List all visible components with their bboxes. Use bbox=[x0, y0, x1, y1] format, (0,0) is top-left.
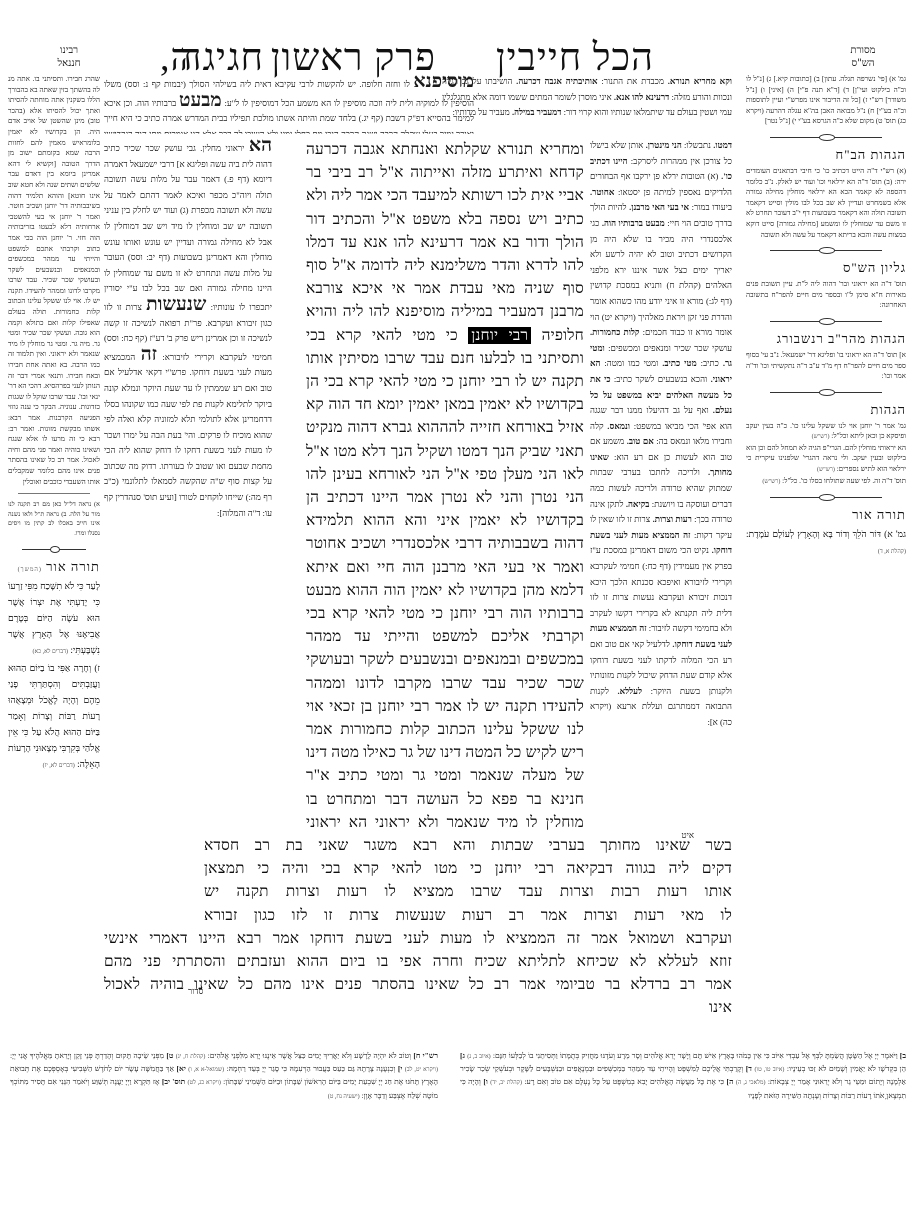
gilyon-hashas-text: תוס' ד"ה הא יראוני ובר' דהוה ליה ל"ת. עי… bbox=[746, 279, 906, 311]
source-ref: (קהלת יב, יד) bbox=[490, 1080, 522, 1086]
footnote-mark: ב] bbox=[900, 1051, 906, 1060]
source-ref: (קהלת א, ד) bbox=[878, 549, 906, 555]
tosafot-dibbur-hamatchil: מוסיפנא bbox=[413, 74, 474, 92]
rashi-dibbur-hamatchil: דרעינא להו אנא. bbox=[614, 92, 669, 102]
tosafot-dibbur-hamatchil: שנעשות bbox=[146, 294, 206, 315]
rashi-text: והכא בנשבעים לשקר כתיב: bbox=[614, 374, 707, 384]
rashi-dibbur-hamatchil: אותיבתיה אגבה דכרעה. bbox=[516, 76, 597, 86]
highlighted-search-match[interactable]: רבי יוחנן bbox=[468, 327, 531, 344]
gilyon-hashas-title: גליון הש"ס bbox=[746, 260, 906, 276]
hagahot-item: גמ' אמר ר' יוחנן אוי לנו ששקל עלינו כו'.… bbox=[746, 421, 906, 443]
rashi-dibbur-hamatchil: אם טוב. bbox=[627, 436, 654, 446]
source-ref: (איוב טו, טו) bbox=[755, 1067, 785, 1073]
footnote-item: ב] וַיֹּאמֶר יְיָ אֶל הַשָּׂטָן הֲשַׂמְת… bbox=[467, 1051, 906, 1060]
ornament-divider bbox=[770, 388, 882, 396]
gemara-wide-bottom: בשר שאינו מחותך בערבי שבתות והא רבא משגר… bbox=[204, 834, 732, 1044]
rashi-text: כתיב: bbox=[701, 358, 719, 368]
rashi-text: ביעודו במור: bbox=[692, 202, 732, 212]
rashi-text: מכבדת את התנור: bbox=[601, 76, 664, 86]
source-ref: (דברים לא, יז) bbox=[43, 763, 75, 769]
footnote-item: י] וְכִנְעָנָה צָרָתָהּ גַּם כַּעַס בַּע… bbox=[188, 1064, 402, 1073]
rashi-dibbur-hamatchil: קלות כחמורות. bbox=[590, 327, 640, 337]
ornament-divider bbox=[22, 545, 86, 553]
tractate-title: חגיגה bbox=[250, 40, 334, 76]
tosafot-dibbur-hamatchil: מבעט bbox=[179, 90, 222, 111]
masoret-hashas-text: גמ' א) [פי' נשרפה תגלה. עתון] ב) [כתובות… bbox=[746, 74, 906, 127]
chananel-notes: א) נראה דל"ל כאן מם רב תקנה לנו מור על ה… bbox=[8, 500, 100, 538]
left-margin: שהרג חבירו. ותסיתני בו. אתה מנ לה בהשתך … bbox=[8, 74, 100, 1054]
rashi-dibbur-hamatchil: מטי כתיב. bbox=[662, 358, 696, 368]
rashi-dibbur-hamatchil: בקיאה. bbox=[626, 499, 650, 509]
continued-label: (המשך) bbox=[18, 567, 42, 573]
footnote-text: הֵן בִּקְדֹשָׁו לֹא יַאֲמִין וְשָׁמַיִם … bbox=[787, 1064, 906, 1073]
rabbeinu-chananel-label: רבינו חננאל bbox=[46, 44, 92, 70]
rashi-dibbur-hamatchil: דמעביר במילה. bbox=[512, 107, 561, 117]
ornament-divider bbox=[770, 317, 882, 325]
rashi-dibbur-hamatchil: אחוטר. bbox=[590, 187, 614, 197]
footnote-item: ח] וְטוֹב לֹא יִהְיֶה לָרָשָׁע וְלֹא יַא… bbox=[176, 1051, 421, 1060]
catchword-sidur: סדור bbox=[188, 984, 203, 1000]
footnote-mark: ד] bbox=[746, 1064, 752, 1073]
folio-number: ה, bbox=[160, 40, 193, 76]
torah-or-verse: ז) וְחָרָה אַפִּי בוֹ בַיּוֹם הַהוּא וַע… bbox=[8, 660, 100, 774]
gemara-text: ומחריא תנורא שקלתא ואנחתא אגבה דכרעה קדח… bbox=[306, 138, 584, 834]
source-ref: (רש"ש) bbox=[812, 434, 830, 440]
torah-or-left-title: תורה אור (המשך) bbox=[8, 559, 100, 575]
footnote-item: ה] כִּי אֶת כָּל מַעֲשֶׂה הָאֱלֹהִים יָב… bbox=[490, 1077, 733, 1086]
talmud-page: מסורת הש"ס הכל חייבין פרק ראשון חגיגה ה,… bbox=[0, 0, 914, 1213]
rashi-dibbur-hamatchil: וקא מחריא תנורא. bbox=[668, 76, 732, 86]
footnote-text: וְכִנְעָנָה צָרָתָהּ גַּם כַּעַס בַּעֲבו… bbox=[227, 1064, 396, 1073]
chananel-passage: ענוניה. הבקר כי ענה גוזזי הפגיעה הקרבנות… bbox=[8, 403, 100, 485]
rashi-dibbur-hamatchil: לעללא. bbox=[617, 686, 642, 696]
rashi-dibbur-hamatchil: אי בעי האי מרבנן. bbox=[629, 202, 689, 212]
source-ref: (איוב ב, ג) bbox=[467, 1054, 490, 1060]
source-ref: (מלאכי ג, ה) bbox=[736, 1080, 766, 1086]
verse-text: לָעַד כִּי לֹא תִשָּׁכַח מִפִּי זַרְעוֹ … bbox=[8, 581, 100, 655]
source-ref: (דברים לא, כא) bbox=[33, 649, 68, 655]
rashi-column: דמטו. נתבשלו: הני מינטרן. אותן שלא בישלו… bbox=[590, 138, 732, 830]
torah-or-verse: גמ' א) דּוֹר הֹלֵךְ וְדוֹר בָּא וְהָאָרֶ… bbox=[746, 529, 906, 539]
rashi-dibbur-hamatchil: ונמאס. bbox=[607, 421, 630, 431]
footnote-label: רש"י bbox=[423, 1051, 438, 1060]
rashi-footnote-verses: רש"י ח] וְטוֹב לֹא יִהְיֶה לָרָשָׁע וְלֹ… bbox=[10, 1050, 438, 1103]
footnote-mark: ג] bbox=[460, 1051, 465, 1060]
gemara-line: אינו bbox=[204, 996, 732, 1019]
tosafot-text: המכמציא מעות לעני בשעת דוחקו. פרש"י דקאי… bbox=[104, 352, 272, 518]
rashi-dibbur-hamatchil: רעות וצרות. bbox=[653, 514, 692, 524]
tosafot-column: הא יראוני מחלין. גבי עושק שכר שכיר כתיב … bbox=[104, 138, 272, 998]
source-ref: (רש"ש) bbox=[817, 467, 835, 473]
divider-line bbox=[18, 493, 90, 494]
rashi-text: נתבשלו: bbox=[684, 140, 711, 150]
footnote-mark: תוס' יב] bbox=[162, 1077, 185, 1086]
gemara-line: דקים ליה בגווה דבקיאה רבי יוחנן כי מטו ל… bbox=[204, 857, 732, 880]
gemara-line: אותו רעות רבות וצרות עבד שרבו ממציא לו ר… bbox=[204, 880, 732, 903]
section-title: תורה אור bbox=[46, 559, 100, 574]
hagahot-maharav-title: הגהות מהר"ב רנשבורג bbox=[746, 331, 906, 347]
footnote-text: וְטוֹב לֹא יִהְיֶה לָרָשָׁע וְלֹא יַאֲרִ… bbox=[208, 1051, 411, 1060]
rashi-text: כגי אלכסנדרי היה מכיר בו שלא היה מן הקדו… bbox=[590, 218, 732, 337]
hagahot-habach-text: (א) רש"י ד"ה הייט דכתיב כו' כי חיבי דבתא… bbox=[746, 166, 906, 240]
rashi-dibbur-hamatchil: הני מינטרן. bbox=[646, 140, 682, 150]
rabbeinu-chananel-text: שהרג חבירו. ותסיתני בו. אתה מנ לה בהשתך … bbox=[8, 74, 100, 487]
source-ref: (ישעיה נח, ט) bbox=[328, 1094, 360, 1100]
rashi-text: ומטי כמו ומטה: bbox=[604, 358, 658, 368]
hagahot-item: הא יראותי מוחלין להם. הגרי"פ הגיה לא תמח… bbox=[746, 443, 906, 476]
right-margin-notes: גמ' א) [פי' נשרפה תגלה. עתון] ב) [כתובות… bbox=[746, 74, 906, 1044]
torah-or-text: גמ' א) דּוֹר הֹלֵךְ וְדוֹר בָּא וְהָאָרֶ… bbox=[746, 526, 906, 560]
footnote-mark: ה] bbox=[727, 1077, 734, 1086]
rashi-dibbur-hamatchil: דמטו. bbox=[713, 140, 732, 150]
ornament-divider bbox=[770, 246, 882, 254]
label-line: רבינו bbox=[46, 44, 92, 57]
gemara-line: בשר שאינו מחותך בערבי שבתות והא רבא משגר… bbox=[204, 834, 732, 857]
chapter-title: הכל חייבין bbox=[496, 40, 654, 76]
footnote-text: וַיֹּאמֶר יְיָ אֶל הַשָּׂטָן הֲשַׂמְתָּ … bbox=[493, 1051, 898, 1060]
label-line: הש"ס bbox=[840, 57, 886, 70]
gemara-passage: ומחריא תנורא שקלתא ואנחתא אגבה דכרעה קדח… bbox=[306, 141, 584, 344]
gemara-footnote-verses: ב] וַיֹּאמֶר יְיָ אֶל הַשָּׂטָן הֲשַׂמְת… bbox=[460, 1050, 906, 1102]
footnote-mark: י] bbox=[398, 1064, 403, 1073]
tosafot-dibbur-hamatchil: זה bbox=[141, 344, 157, 365]
source-ref: (קהלת ח, יג) bbox=[176, 1054, 206, 1060]
masoret-hashas-label: מסורת הש"ס bbox=[840, 44, 886, 70]
hagahot-item: תוס' ד"ה זה. לפי שעה שתולחו בסלו כו'. כל… bbox=[746, 476, 906, 488]
footnote-mark: ח] bbox=[413, 1051, 420, 1060]
footnote-mark: יא] bbox=[176, 1064, 185, 1073]
rashi-dibbur-hamatchil: מבעט ברבותיו הוה. bbox=[602, 218, 665, 228]
rashi-top-wide: וקא מחריא תנורא. מכבדת את התנור: אותיבתי… bbox=[442, 74, 732, 136]
tosafot-top-wide: מוסיפנא לו וחזה חלופה. יש להקשות לרבי עק… bbox=[104, 74, 474, 134]
ornament-divider bbox=[770, 133, 882, 141]
gemara-line: לו מאי רעות וצרות אמר רב רעות שנעשות צרו… bbox=[204, 904, 732, 927]
verse-text: ז) וְחָרָה אַפִּי בוֹ בַיּוֹם הַהוּא וַע… bbox=[8, 663, 100, 769]
hagahot-title: הגהות bbox=[746, 402, 906, 418]
footnote-mark: ט] bbox=[166, 1051, 173, 1060]
source-ref: (ויקרא יט, לב) bbox=[405, 1067, 438, 1073]
gemara-passage: כי מטי להאי קרא בכי ותסיתני בו לבלעו חנם… bbox=[306, 327, 584, 834]
label-line: חננאל bbox=[46, 57, 92, 70]
hagahot-maharav-text: א] תוס' ד"ה הא יראוני בו' ופליגא דר' ישמ… bbox=[746, 350, 906, 382]
tosafot-text: יראוני מחלין. גבי עושק שכר שכיר כתיב דהו… bbox=[104, 143, 272, 312]
torah-or-verse: לָעַד כִּי לֹא תִשָּׁכַח מִפִּי זַרְעוֹ … bbox=[8, 578, 100, 660]
label-line: מסורת bbox=[840, 44, 886, 57]
rashi-text: נקיט הכי משום דאמרינן במסכת ע"ז בפרק אין… bbox=[590, 545, 732, 633]
chananel-passage: שהרג חבירו. ותסיתני בו. אתה מנ לה בהשתך … bbox=[8, 75, 100, 411]
source-ref: (ויקרא כג, לט) bbox=[188, 1080, 221, 1086]
footnote-mark: ו] bbox=[483, 1077, 487, 1086]
hagahot-item-text: תוס' ד"ה זה. לפי שעה שתולחו בסלו כו'. כל… bbox=[782, 477, 906, 485]
footnote-text: כִּי אֶת כָּל מַעֲשֶׂה הָאֱלֹהִים יָבִא … bbox=[524, 1077, 724, 1086]
source-ref: (שמואל-א א, ו) bbox=[188, 1067, 224, 1073]
tosafot-dibbur-hamatchil: הא bbox=[249, 138, 272, 156]
footnote-text: מִפְּנֵי שֵׂיבָה תָּקוּם וְהָדַרְתָּ פְּ… bbox=[10, 1051, 164, 1060]
rashi-text: עושקי שכר שכיר ומנאפים ומכשפים: bbox=[608, 343, 732, 353]
ornament-divider bbox=[770, 493, 882, 501]
source-ref: (רש"ש) bbox=[762, 479, 780, 485]
hagahot-habach-title: הגהות הב"ח bbox=[746, 147, 906, 163]
torah-or-title: תורה אור bbox=[746, 507, 906, 523]
